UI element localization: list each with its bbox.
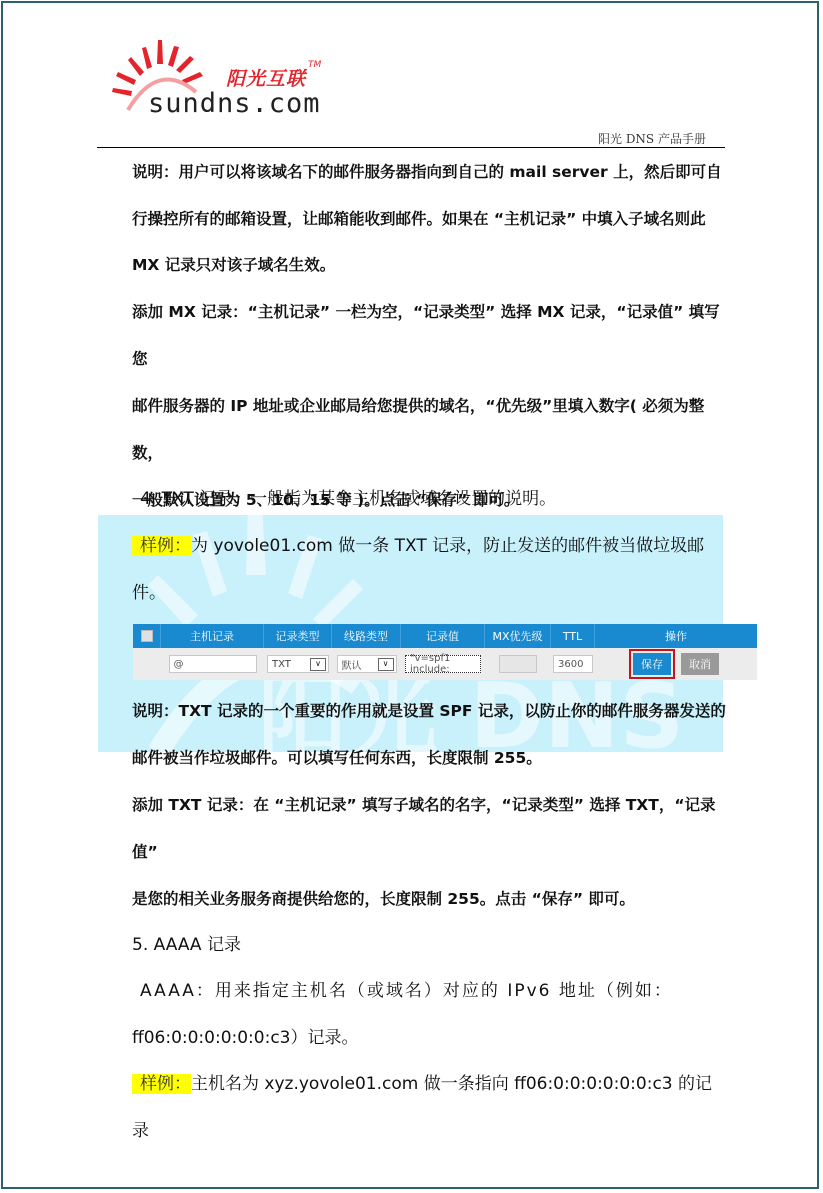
header-divider	[97, 147, 725, 148]
mx-priority-input[interactable]	[499, 655, 537, 673]
save-button[interactable]: 保存	[633, 653, 671, 675]
aaaa-description: AAAA：用来指定主机名（或域名）对应的 IPv6 地址（例如： ff06:0:…	[132, 968, 727, 1062]
actions-cell: 保存 取消	[595, 648, 757, 680]
col-record-value: 记录值	[401, 624, 485, 648]
record-type-cell: TXT∨	[264, 648, 332, 680]
txt-example-line: 样例：为 yovole01.com 做一条 TXT 记录，防止发送的邮件被当做垃…	[132, 523, 727, 570]
row-select-cell	[133, 648, 161, 680]
example-label-highlight: 样例：	[132, 1074, 191, 1094]
col-host: 主机记录	[161, 624, 264, 648]
ttl-input[interactable]: 3600	[553, 655, 593, 673]
table-header: 主机记录 记录类型 线路类型 记录值 MX优先级 TTL 操作	[133, 624, 757, 648]
txt-add-line: 添加 TXT 记录：在 “主机记录” 填写子域名的名字，“记录类型” 选择 TX…	[132, 782, 727, 876]
mx-note-line: 说明：用户可以将该域名下的邮件服务器指向到自己的 mail server 上，然…	[132, 149, 727, 196]
cancel-button[interactable]: 取消	[681, 653, 719, 675]
manual-title: 阳光 DNS 产品手册	[598, 130, 706, 147]
mx-priority-cell	[485, 648, 551, 680]
logo-cn-name: 阳光互联	[226, 64, 306, 91]
txt-add-line: 是您的相关业务服务商提供给您的，长度限制 255。点击 “保存” 即可。	[132, 876, 727, 923]
txt-note-line: 邮件被当作垃圾邮件。可以填写任何东西，长度限制 255。	[132, 735, 727, 782]
txt-example: 样例：为 yovole01.com 做一条 TXT 记录，防止发送的邮件被当做垃…	[132, 523, 727, 617]
chevron-down-icon: ∨	[310, 658, 326, 671]
txt-add-instructions: 添加 TXT 记录：在 “主机记录” 填写子域名的名字，“记录类型” 选择 TX…	[132, 782, 727, 923]
txt-example-text: 为 yovole01.com 做一条 TXT 记录，防止发送的邮件被当做垃圾邮	[191, 536, 704, 556]
txt-note: 说明：TXT 记录的一个重要的作用就是设置 SPF 记录，以防止你的邮件服务器发…	[132, 688, 727, 782]
logo-trademark: TM	[308, 60, 321, 70]
line-type-select[interactable]: 默认∨	[337, 655, 397, 673]
col-record-type: 记录类型	[264, 624, 332, 648]
chevron-down-icon: ∨	[378, 658, 394, 671]
mx-note-line: 行操控所有的邮箱设置，让邮箱能收到邮件。如果在 “主机记录” 中填入子域名则此	[132, 196, 727, 243]
mx-add-line: 邮件服务器的 IP 地址或企业邮局给您提供的域名，“优先级”里填入数字( 必须为…	[132, 383, 727, 477]
aaaa-example: 样例：主机名为 xyz.yovole01.com 做一条指向 ff06:0:0:…	[132, 1061, 727, 1155]
record-type-value: TXT	[272, 659, 291, 670]
ttl-cell: 3600	[551, 648, 595, 680]
col-actions: 操作	[595, 624, 757, 648]
mx-add-line: 添加 MX 记录：“主机记录” 一栏为空，“记录类型” 选择 MX 记录，“记录…	[132, 289, 727, 383]
host-input[interactable]: @	[169, 655, 257, 673]
aaaa-example-text: 主机名为 xyz.yovole01.com 做一条指向 ff06:0:0:0:0…	[132, 1074, 712, 1141]
col-line-type: 线路类型	[332, 624, 401, 648]
sundns-logo: 阳光互联 TM sundns.com	[108, 30, 353, 120]
example-label-highlight: 样例：	[132, 536, 191, 556]
col-ttl: TTL	[551, 624, 595, 648]
txt-note-line: 说明：TXT 记录的一个重要的作用就是设置 SPF 记录，以防止你的邮件服务器发…	[132, 688, 727, 735]
select-all-cell	[133, 624, 161, 648]
line-type-value: 默认	[342, 657, 362, 672]
aaaa-desc-line: AAAA：用来指定主机名（或域名）对应的 IPv6 地址（例如：	[132, 968, 727, 1015]
dns-record-table: 主机记录 记录类型 线路类型 记录值 MX优先级 TTL 操作 @ TXT∨ 默…	[133, 624, 757, 680]
mx-note: 说明：用户可以将该域名下的邮件服务器指向到自己的 mail server 上，然…	[132, 149, 727, 287]
aaaa-heading: 5. AAAA 记录	[132, 922, 727, 969]
txt-example-line: 件。	[132, 570, 727, 617]
host-cell: @	[161, 648, 264, 680]
table-row: @ TXT∨ 默认∨ "v=spf1 include: 3600 保存 取消	[133, 648, 757, 680]
record-type-select[interactable]: TXT∨	[267, 655, 329, 673]
record-value-input[interactable]: "v=spf1 include:	[405, 655, 481, 673]
aaaa-desc-line: ff06:0:0:0:0:0:0:c3）记录。	[132, 1015, 727, 1062]
mx-note-line: MX 记录只对该子域名生效。	[132, 243, 727, 287]
line-type-cell: 默认∨	[332, 648, 401, 680]
col-mx-priority: MX优先级	[485, 624, 551, 648]
select-all-checkbox[interactable]	[141, 630, 153, 642]
record-value-cell: "v=spf1 include:	[401, 648, 485, 680]
logo-domain: sundns.com	[148, 88, 321, 119]
